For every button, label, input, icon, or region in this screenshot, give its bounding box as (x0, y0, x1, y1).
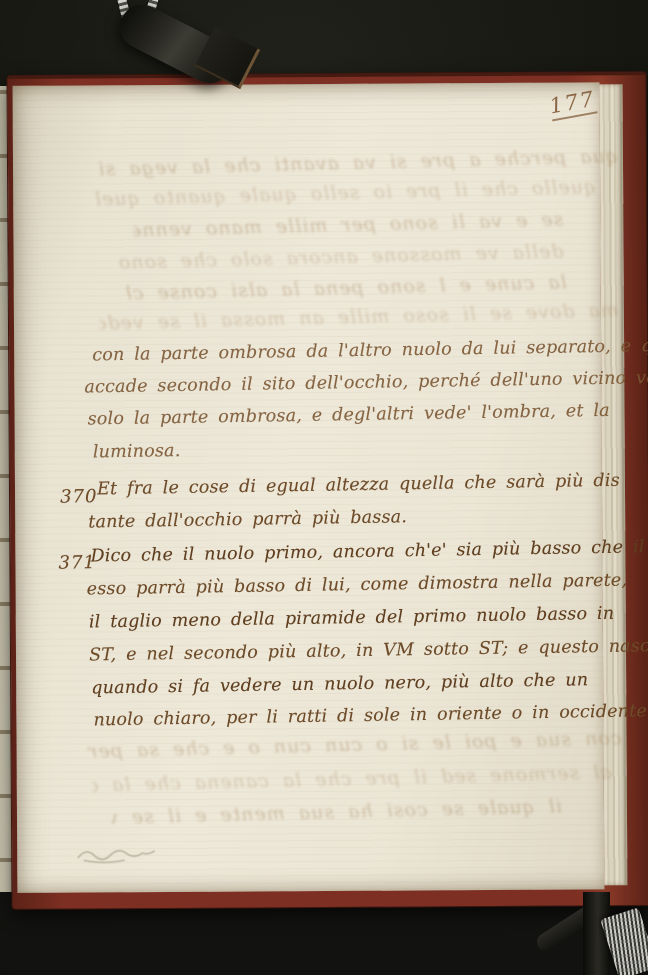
bleedthrough-line: qua perche a pre si va avanti che la veg… (88, 145, 618, 180)
manuscript-line: il taglio meno della piramide del primo … (89, 604, 615, 633)
clip-top (100, 0, 270, 100)
manuscript-line: accade secondo il sito dell'occhio, perc… (84, 368, 648, 398)
manuscript-line: tante dall'occhio parrà più bassa. (88, 507, 407, 532)
section-number-370: 370 (60, 486, 98, 508)
bleedthrough-line: con sua e poi le si o cun cun o e che sa… (81, 727, 621, 763)
manuscript-line: luminosa. (93, 441, 181, 462)
manuscript-line: solo la parte ombrosa, e degl'altri vede… (88, 401, 610, 430)
manuscript-line: Et fra le cose di egual altezza quella c… (97, 471, 620, 500)
bleedthrough-line: se e va li sono per mille mano venne sin… (133, 208, 563, 241)
bleedthrough-line: la cune e l sono pena la alsi conse che … (127, 271, 567, 304)
bleedthrough-line: della ve mossone ancora solo che sono o … (113, 240, 563, 273)
manuscript-line: nuolo chiaro, per li ratti di sole in or… (93, 701, 648, 730)
manuscript-photo: 177 qua perche a pre si va avanti che la… (0, 0, 648, 975)
manuscript-line: Dico che il nuolo primo, ancora ch'e' si… (90, 536, 648, 567)
manuscript-line: con la parte ombrosa da l'altro nuolo da… (92, 335, 648, 365)
folio-number: 177 (548, 87, 598, 122)
clip-bottom-right (535, 888, 648, 975)
pencil-smudge (74, 843, 158, 870)
manuscript-line: ST, e nel secondo più alto, in VM sotto … (89, 636, 648, 665)
bleedthrough-line: ma dove se li soso mille an mossa il se … (99, 299, 619, 334)
manuscript-line: esso parrà più basso di lui, come dimost… (87, 571, 628, 600)
page-content: 177 qua perche a pre si va avanti che la… (7, 72, 648, 909)
manuscript-line: quando si fa vedere un nuolo nero, più a… (91, 670, 588, 698)
book: 177 qua perche a pre si va avanti che la… (7, 72, 648, 909)
bleedthrough-line: al sermone sed il pre che la canena che … (92, 761, 612, 796)
bleedthrough-line: quello che il pre io sello quale quanto … (96, 176, 596, 211)
bleedthrough-line: il quale se cosi ha sua mente e il se ve… (112, 795, 562, 828)
